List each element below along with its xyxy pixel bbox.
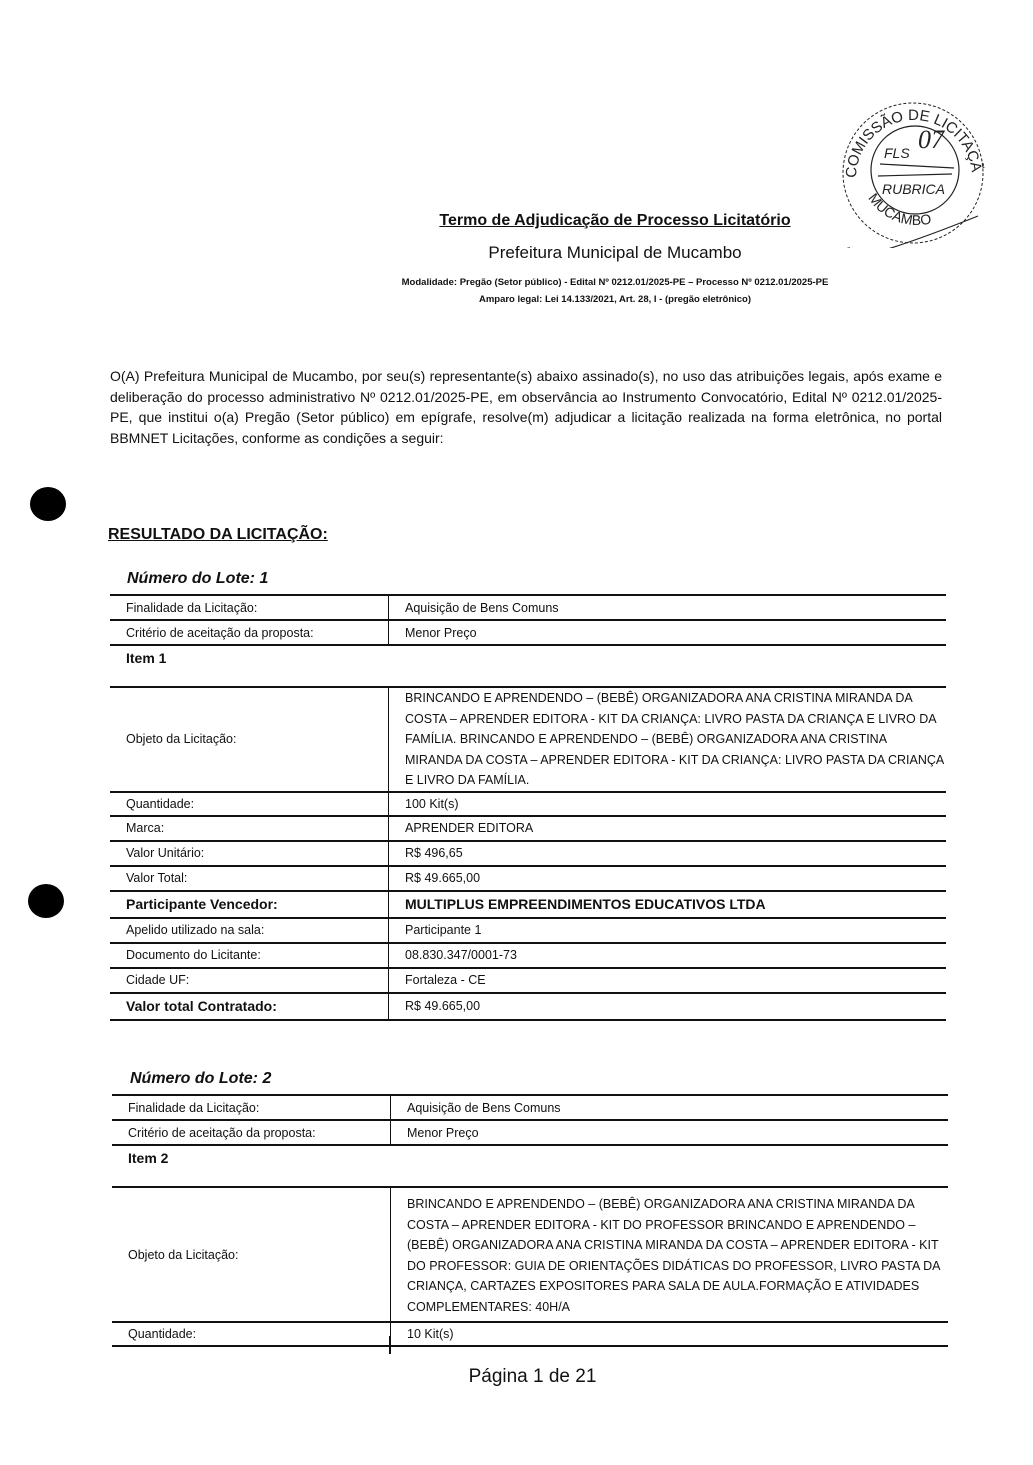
row-value: Menor Preço: [389, 620, 947, 645]
objeto-description: BRINCANDO E APRENDENDO – (BEBÊ) ORGANIZA…: [389, 687, 947, 792]
intro-paragraph: O(A) Prefeitura Municipal de Mucambo, po…: [110, 366, 942, 448]
row-value: Fortaleza - CE: [389, 968, 947, 993]
item-header-row: Item 1: [110, 645, 946, 687]
table-row: Marca: APRENDER EDITORA: [110, 816, 946, 841]
row-value: 100 Kit(s): [389, 792, 947, 816]
row-label: Participante Vencedor:: [110, 891, 389, 918]
table-row: Objeto da Licitação: BRINCANDO E APRENDE…: [110, 687, 946, 792]
lote-table: Finalidade da Licitação: Aquisição de Be…: [110, 594, 946, 1021]
row-label: Quantidade:: [110, 792, 389, 816]
objeto-description: BRINCANDO E APRENDENDO – (BEBÊ) ORGANIZA…: [391, 1187, 949, 1322]
document-title: Termo de Adjudicação de Processo Licitat…: [0, 212, 1033, 230]
row-label: Documento do Licitante:: [110, 943, 389, 968]
table-row: Objeto da Licitação: BRINCANDO E APRENDE…: [112, 1187, 948, 1322]
table-row: Finalidade da Licitação: Aquisição de Be…: [110, 595, 946, 620]
table-row: Critério de aceitação da proposta: Menor…: [110, 620, 946, 645]
table-row: Valor Unitário: R$ 496,65: [110, 841, 946, 866]
amparo-legal-line: Amparo legal: Lei 14.133/2021, Art. 28, …: [0, 294, 1033, 305]
row-value: R$ 49.665,00: [389, 866, 947, 891]
document-subtitle: Prefeitura Municipal de Mucambo: [0, 243, 1033, 263]
table-row: Documento do Licitante: 08.830.347/0001-…: [110, 943, 946, 968]
svg-text:RUBRICA: RUBRICA: [882, 181, 945, 197]
row-label: Critério de aceitação da proposta:: [112, 1120, 391, 1145]
row-label: Finalidade da Licitação:: [110, 595, 389, 620]
row-label: Quantidade:: [112, 1322, 391, 1346]
row-label: Valor Unitário:: [110, 841, 389, 866]
row-value: Aquisição de Bens Comuns: [391, 1095, 949, 1120]
table-row: Participante Vencedor: MULTIPLUS EMPREEN…: [110, 891, 946, 918]
row-value: R$ 49.665,00: [389, 993, 947, 1020]
punch-hole-mark: [30, 487, 66, 521]
page-number: Página 1 de 21: [0, 1366, 1033, 1388]
row-label: Valor Total:: [110, 866, 389, 891]
row-label: Marca:: [110, 816, 389, 841]
row-value: 08.830.347/0001-73: [389, 943, 947, 968]
row-value: 10 Kit(s): [391, 1322, 949, 1346]
row-value: R$ 496,65: [389, 841, 947, 866]
row-label: Finalidade da Licitação:: [112, 1095, 391, 1120]
row-label: Apelido utilizado na sala:: [110, 918, 389, 943]
item-label: Item 2: [112, 1145, 948, 1187]
table-row: Finalidade da Licitação: Aquisição de Be…: [112, 1095, 948, 1120]
svg-text:COMISSÃO DE LICITAÇÃO: COMISSÃO DE LICITAÇÃO: [838, 98, 985, 178]
lote-title: Número do Lote: 2: [130, 1070, 271, 1088]
table-row: Critério de aceitação da proposta: Menor…: [112, 1120, 948, 1145]
row-value: Aquisição de Bens Comuns: [389, 595, 947, 620]
section-title: RESULTADO DA LICITAÇÃO:: [108, 526, 328, 544]
row-value: APRENDER EDITORA: [389, 816, 947, 841]
table-continuation-line: [389, 1336, 391, 1354]
table-row: Quantidade: 100 Kit(s): [110, 792, 946, 816]
row-value: Menor Preço: [391, 1120, 949, 1145]
row-label: Objeto da Licitação:: [110, 687, 389, 792]
row-label: Objeto da Licitação:: [112, 1187, 391, 1322]
table-row: Valor Total: R$ 49.665,00: [110, 866, 946, 891]
row-label: Cidade UF:: [110, 968, 389, 993]
table-row: Cidade UF: Fortaleza - CE: [110, 968, 946, 993]
table-row: Quantidade: 10 Kit(s): [112, 1322, 948, 1346]
item-label: Item 1: [110, 645, 946, 687]
winner-name: MULTIPLUS EMPREENDIMENTOS EDUCATIVOS LTD…: [389, 891, 947, 918]
row-label: Valor total Contratado:: [110, 993, 389, 1020]
row-value: Participante 1: [389, 918, 947, 943]
svg-text:FLS: FLS: [884, 145, 910, 161]
item-header-row: Item 2: [112, 1145, 948, 1187]
lote-table: Finalidade da Licitação: Aquisição de Be…: [112, 1094, 948, 1347]
lote-title: Número do Lote: 1: [127, 570, 268, 588]
punch-hole-mark: [28, 884, 64, 918]
table-row: Apelido utilizado na sala: Participante …: [110, 918, 946, 943]
modalidade-line: Modalidade: Pregão (Setor público) - Edi…: [0, 277, 1033, 288]
row-label: Critério de aceitação da proposta:: [110, 620, 389, 645]
table-row: Valor total Contratado: R$ 49.665,00: [110, 993, 946, 1020]
svg-text:07: 07: [918, 125, 945, 154]
